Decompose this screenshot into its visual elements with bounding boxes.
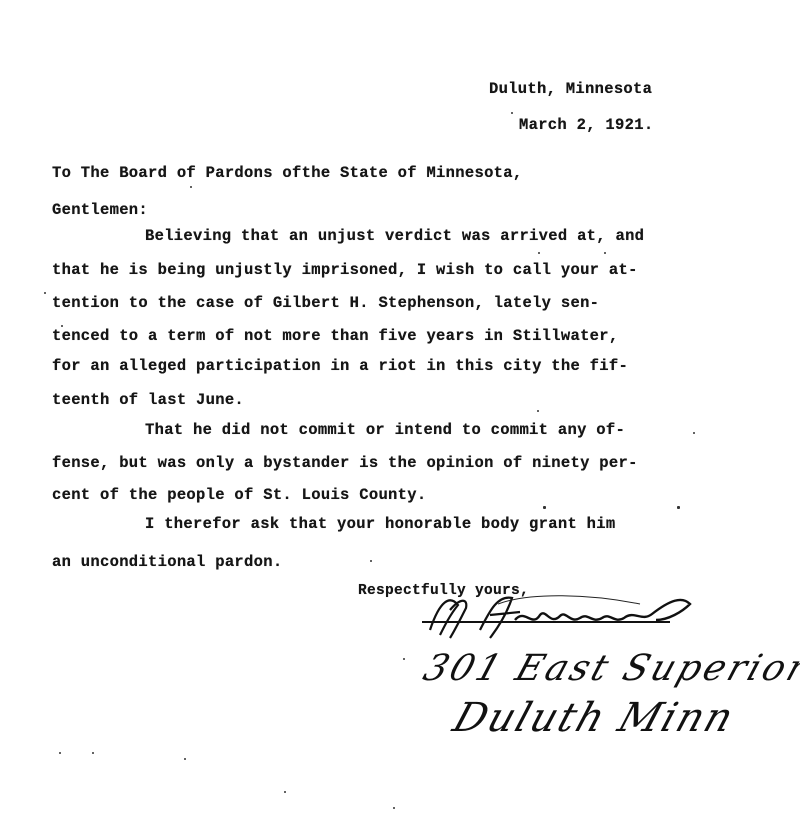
letter-salutation: Gentlemen: xyxy=(52,203,148,219)
body-line: an unconditional pardon. xyxy=(52,555,282,571)
scan-speck xyxy=(604,252,606,254)
scan-speck xyxy=(693,432,695,434)
scan-speck xyxy=(543,506,546,509)
body-line: teenth of last June. xyxy=(52,393,244,409)
scan-speck xyxy=(403,658,405,660)
body-line: fense, but was only a bystander is the o… xyxy=(52,456,638,472)
scan-speck xyxy=(677,506,680,509)
scan-speck xyxy=(184,758,186,760)
scan-speck xyxy=(92,752,94,754)
letter-date: March 2, 1921. xyxy=(519,118,653,134)
body-line: That he did not commit or intend to comm… xyxy=(145,423,625,439)
scan-speck xyxy=(190,186,192,188)
letter-page: Duluth, Minnesota March 2, 1921. To The … xyxy=(0,0,800,827)
handwritten-street-address: 301 East Superior St xyxy=(418,648,800,689)
body-line: tention to the case of Gilbert H. Stephe… xyxy=(52,296,599,312)
body-line: cent of the people of St. Louis County. xyxy=(52,488,426,504)
handwritten-signature: M. Fitzmaurice xyxy=(420,590,720,640)
scan-speck xyxy=(537,410,539,412)
body-line: Believing that an unjust verdict was arr… xyxy=(145,229,644,245)
body-line: I therefor ask that your honorable body … xyxy=(145,517,615,533)
handwritten-city: Duluth Minn xyxy=(448,695,741,741)
scan-speck xyxy=(44,292,46,294)
scan-speck xyxy=(511,112,513,114)
body-line: that he is being unjustly imprisoned, I … xyxy=(52,263,638,279)
body-line: tenced to a term of not more than five y… xyxy=(52,329,619,345)
scan-speck xyxy=(284,791,286,793)
scan-speck xyxy=(370,560,372,562)
body-line: for an alleged participation in a riot i… xyxy=(52,359,628,375)
scan-speck xyxy=(538,252,540,254)
scan-speck xyxy=(61,325,63,327)
letter-place: Duluth, Minnesota xyxy=(489,82,652,98)
scan-speck xyxy=(59,752,61,754)
scan-speck xyxy=(393,807,395,809)
letter-addressee: To The Board of Pardons ofthe State of M… xyxy=(52,166,522,182)
